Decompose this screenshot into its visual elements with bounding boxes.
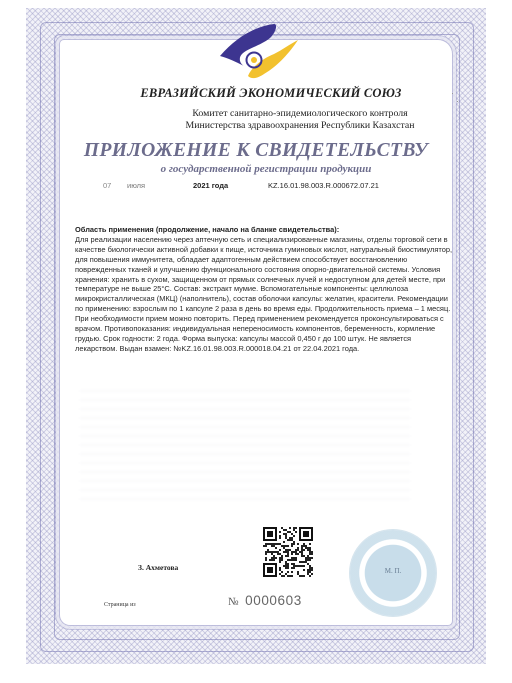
serial-prefix: №	[228, 596, 239, 608]
serial-value: 0000603	[245, 593, 302, 608]
certificate-number: KZ.16.01.98.003.R.000672.07.21	[268, 181, 379, 190]
stamp-label: М. П.	[350, 567, 436, 575]
official-stamp: М. П.	[350, 530, 436, 616]
union-title: ЕВРАЗИЙСКИЙ ЭКОНОМИЧЕСКИЙ СОЮЗ	[0, 86, 512, 101]
qr-code-icon	[263, 527, 313, 577]
date-line: 07 июля 2021 года KZ.16.01.98.003.R.0006…	[0, 181, 512, 193]
scope-text: Для реализации населению через аптечную …	[75, 235, 453, 354]
faint-watermark	[80, 390, 410, 500]
date-month: июля	[127, 181, 145, 190]
committee-name: Комитет санитарно-эпидемиологического ко…	[150, 108, 450, 132]
document-subtitle: о государственной регистрации продукции	[0, 163, 512, 175]
document-title: ПРИЛОЖЕНИЕ К СВИДЕТЕЛЬСТВУ	[0, 140, 512, 162]
scan-speck	[457, 101, 458, 102]
page-label: Страница из	[104, 602, 136, 608]
committee-line-2: Министерства здравоохранения Республики …	[150, 120, 450, 132]
serial-number: №0000603	[228, 593, 302, 608]
date-day: 07	[103, 181, 111, 190]
scope-heading: Область применения (продолжение, начало …	[75, 225, 453, 235]
signer-name: З. Ахметова	[138, 563, 178, 572]
scan-speck	[452, 93, 453, 94]
committee-line-1: Комитет санитарно-эпидемиологического ко…	[150, 108, 450, 120]
scope-section: Область применения (продолжение, начало …	[75, 225, 453, 354]
date-year: 2021 года	[193, 181, 228, 190]
eaeu-logo-icon	[212, 18, 302, 88]
